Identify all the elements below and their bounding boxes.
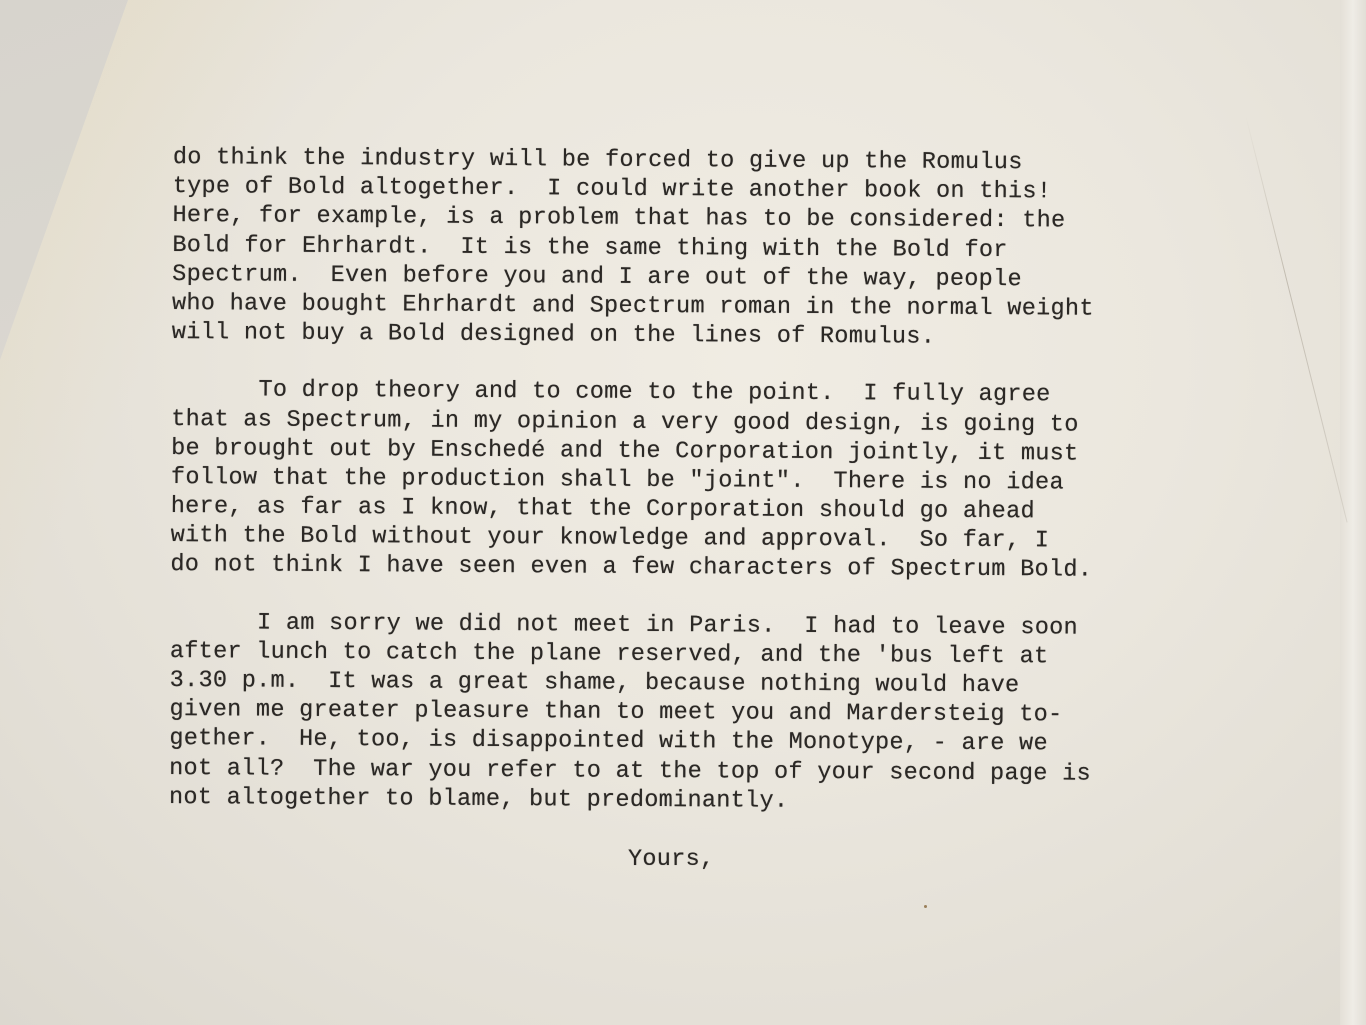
closing-salutation: Yours, (628, 846, 714, 873)
paper-speck (924, 905, 927, 908)
paragraph-1: do think the industry will be forced to … (172, 143, 1333, 354)
paragraph-3: I am sorry we did not meet in Paris. I h… (169, 608, 1330, 819)
paragraph-2: To drop theory and to come to the point.… (170, 375, 1331, 586)
letter-body: do think the industry will be forced to … (169, 143, 1333, 819)
photo-scene: do think the industry will be forced to … (0, 0, 1366, 1025)
text-line: will not buy a Bold designed on the line… (172, 318, 1332, 354)
text-line: do not think I have seen even a few char… (170, 550, 1330, 586)
